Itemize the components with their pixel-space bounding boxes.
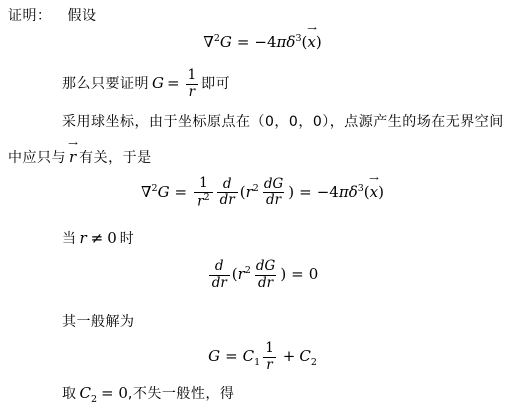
- equals-sign: =: [237, 33, 250, 51]
- equals-sign: =: [225, 347, 238, 365]
- proof-header-line: 证明：假设: [8, 7, 97, 25]
- inline-math: G=1r: [152, 74, 201, 92]
- fraction: 1r: [185, 68, 200, 100]
- close-paren: ): [280, 265, 286, 283]
- superscript: 2: [253, 183, 259, 194]
- equation-general-solution: G=C11r+C2: [0, 341, 525, 373]
- vector-arrow-icon: →: [68, 140, 78, 148]
- vector-r: →r: [69, 148, 76, 166]
- equals-sign: =: [167, 74, 180, 92]
- fraction: dGdr: [253, 259, 278, 291]
- plus-sign: +: [283, 347, 296, 365]
- not-equal-sign: ≠: [91, 229, 104, 247]
- fraction: 1r2: [194, 176, 213, 210]
- vector-x: →x: [370, 183, 378, 201]
- denominator: dr: [255, 275, 276, 292]
- open-paren: (r2: [232, 265, 251, 283]
- denominator: dr: [209, 275, 230, 292]
- math-var-r: r: [238, 265, 245, 283]
- denominator: r: [186, 84, 198, 101]
- subscript: 2: [311, 357, 317, 368]
- equation-ode: ddr(r2dGdr)=0: [0, 259, 525, 291]
- conclusion-line: 取C2= 0,不失一般性，得: [62, 384, 234, 405]
- vector-x: →x: [307, 33, 315, 51]
- numerator: dG: [261, 177, 286, 193]
- conclusion-text: ,不失一般性，得: [128, 386, 234, 402]
- math-var-r: r: [80, 229, 87, 247]
- pi-symbol: π: [339, 183, 349, 201]
- nabla-symbol: ∇: [203, 33, 213, 51]
- fraction: ddr: [217, 177, 238, 209]
- subscript: 1: [254, 357, 260, 368]
- math-token: ∇2G: [203, 33, 232, 51]
- open-paren: (r2: [240, 183, 259, 201]
- numerator: d: [220, 177, 235, 193]
- math-token: −4πδ3(→x): [317, 183, 384, 201]
- math-var-x: x: [307, 33, 315, 51]
- subscript: 2: [91, 394, 97, 405]
- math-var-C1: C: [243, 347, 254, 365]
- coefficient: −4: [317, 183, 339, 201]
- equation-spherical-laplacian: ∇2G=1r2ddr(r2dGdr)=−4πδ3(→x): [0, 176, 525, 210]
- proof-label: 证明：: [8, 8, 52, 24]
- vector-arrow-icon: →: [369, 175, 379, 183]
- delta-symbol: δ: [349, 183, 358, 201]
- equation-poisson: ∇2G=−4πδ3(→x): [0, 33, 525, 51]
- equals-sign: =: [291, 265, 304, 283]
- explanation-text: 有关，于是: [79, 150, 152, 166]
- math-var-r: r: [246, 183, 253, 201]
- math-var-G: G: [158, 183, 170, 201]
- close-paren: ): [316, 33, 322, 51]
- numerator: dG: [253, 259, 278, 275]
- statement-line: 那么只要证明G=1r即可: [62, 68, 230, 100]
- math-token: C2: [299, 347, 317, 365]
- denominator: r: [263, 357, 275, 374]
- conclusion-text: 取: [62, 386, 77, 402]
- condition-text: 当: [62, 231, 77, 247]
- fraction: ddr: [209, 259, 230, 291]
- numerator: 1: [185, 68, 200, 84]
- math-var-C: C: [80, 384, 91, 402]
- explanation-line: 采用球坐标，由于坐标原点在（0，0，0），点源产生的场在无界空间: [62, 113, 504, 131]
- math-var-x: x: [370, 183, 378, 201]
- solution-intro-text: 其一般解为: [62, 314, 135, 330]
- denominator: r2: [194, 192, 213, 210]
- proof-document: 证明：假设 ∇2G=−4πδ3(→x) 那么只要证明G=1r即可 采用球坐标，由…: [0, 0, 525, 409]
- math-token: ∇2G: [141, 183, 170, 201]
- math-var-G: G: [220, 33, 232, 51]
- inline-math: →r: [69, 148, 76, 166]
- superscript: 2: [204, 192, 210, 203]
- condition-text: 时: [120, 231, 135, 247]
- close-paren: ): [288, 183, 294, 201]
- equals-sign: =: [175, 183, 188, 201]
- coefficient: −4: [254, 33, 276, 51]
- inline-math: C2= 0: [80, 384, 128, 402]
- math-var-r: r: [69, 148, 76, 166]
- explanation-line: 中应只与→r有关，于是: [8, 148, 152, 167]
- superscript: 2: [245, 265, 251, 276]
- math-var-G: G: [152, 74, 164, 92]
- inline-math: r≠0: [80, 229, 117, 247]
- equals-sign: =: [299, 183, 312, 201]
- pi-symbol: π: [277, 33, 287, 51]
- close-paren: ): [378, 183, 384, 201]
- denominator: dr: [263, 192, 284, 209]
- statement-text: 那么只要证明: [62, 76, 149, 92]
- fraction: 1r: [262, 341, 277, 373]
- explanation-text: 采用球坐标，由于坐标原点在（0，0，0），点源产生的场在无界空间: [62, 114, 504, 130]
- condition-line: 当r≠0时: [62, 229, 134, 248]
- fraction: dGdr: [261, 177, 286, 209]
- equals-zero: = 0: [101, 384, 128, 402]
- math-var-C2: C: [299, 347, 310, 365]
- vector-arrow-icon: →: [307, 25, 317, 33]
- solution-intro-line: 其一般解为: [62, 313, 135, 331]
- zero-value: 0: [309, 265, 319, 283]
- numerator: 1: [262, 341, 277, 357]
- numerator: d: [212, 259, 227, 275]
- numerator: 1: [196, 176, 211, 192]
- math-var-G: G: [208, 347, 220, 365]
- math-token: C1: [243, 347, 261, 365]
- denominator: dr: [217, 192, 238, 209]
- assume-text: 假设: [68, 8, 97, 24]
- math-token: −4πδ3(→x): [254, 33, 321, 51]
- statement-text: 即可: [201, 76, 230, 92]
- explanation-text: 中应只与: [8, 150, 66, 166]
- nabla-symbol: ∇: [141, 183, 151, 201]
- zero-value: 0: [107, 229, 117, 247]
